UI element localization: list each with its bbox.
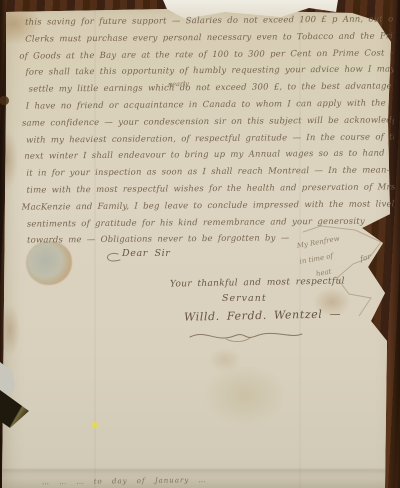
interlinear-insertion: nearly: [168, 80, 189, 89]
letter-body: this saving for future support — Salarie…: [25, 11, 395, 249]
ink-speck-left-margin: [0, 96, 9, 105]
salutation-flourish-icon: [104, 249, 122, 268]
signature-flourish-icon: [186, 327, 306, 349]
scanned-letter-page: this saving for future support — Salarie…: [0, 0, 400, 488]
closing-role: Servant: [222, 293, 267, 304]
salutation: Dear Sir: [122, 248, 170, 259]
